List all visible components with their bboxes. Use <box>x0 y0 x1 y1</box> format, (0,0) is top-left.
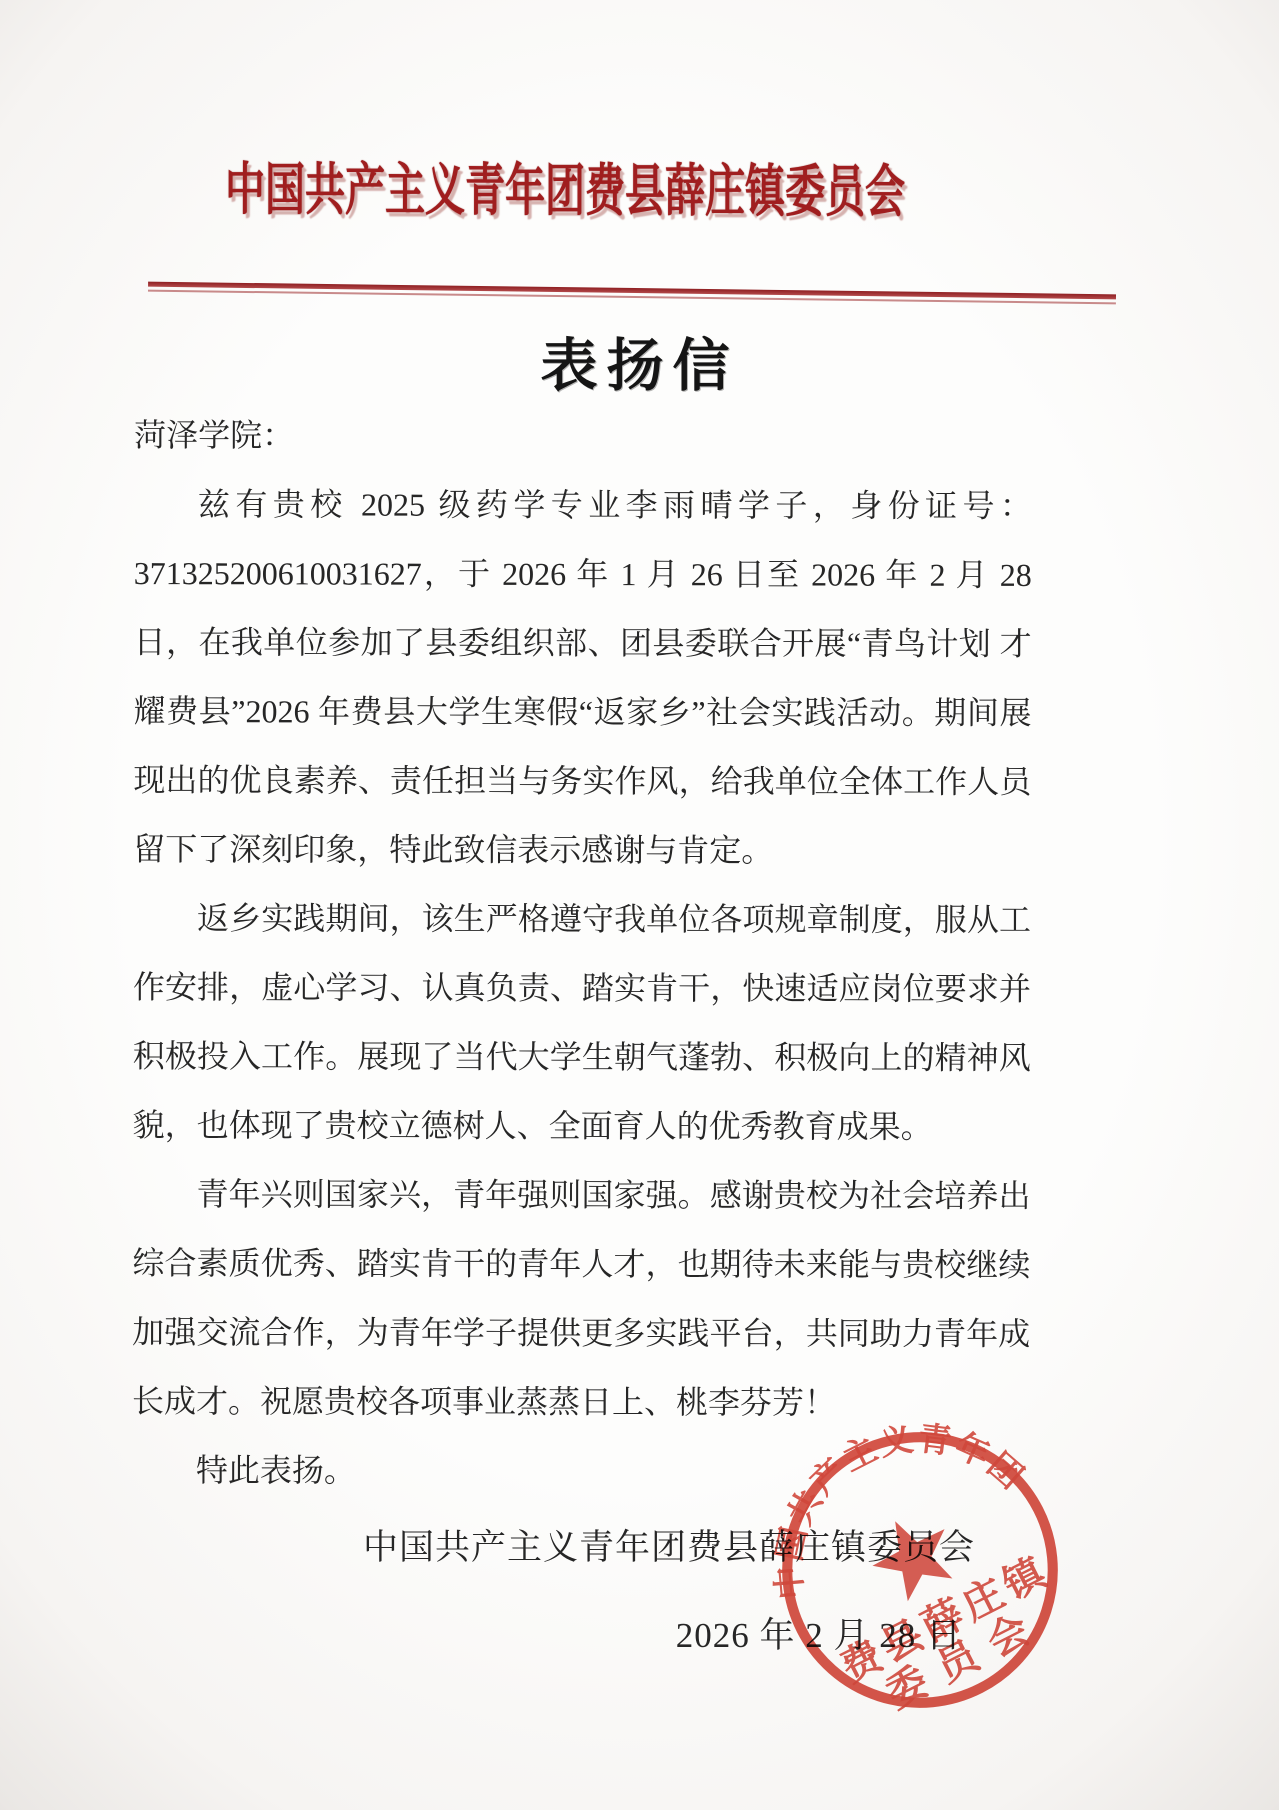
paragraph-2: 返乡实践期间，该生严格遵守我单位各项规章制度，服从工作安排，虚心学习、认真负责、… <box>133 884 1032 1162</box>
salutation: 菏泽学院： <box>134 401 1032 472</box>
letter-body: 菏泽学院： 兹有贵校 2025 级药学专业李雨晴学子，身份证号：37132520… <box>132 401 1032 1507</box>
header-divider <box>148 282 1116 305</box>
issuer-header-title: 中国共产主义青年团费县薛庄镇委员会 <box>0 144 1130 229</box>
letter-title: 表扬信 <box>0 320 1279 402</box>
commendation-letter-page: 中国共产主义青年团费县薛庄镇委员会 表扬信 菏泽学院： 兹有贵校 2025 级药… <box>0 0 1279 1810</box>
paragraph-3: 青年兴则国家兴，青年强则国家强。感谢贵校为社会培养出综合素质优秀、踏实肯干的青年… <box>132 1160 1031 1438</box>
paragraph-1: 兹有贵校 2025 级药学专业李雨晴学子，身份证号：37132520061003… <box>133 470 1032 886</box>
official-stamp: 中国共产主义青年团 费县薛庄镇 委员会 <box>768 1418 1072 1722</box>
